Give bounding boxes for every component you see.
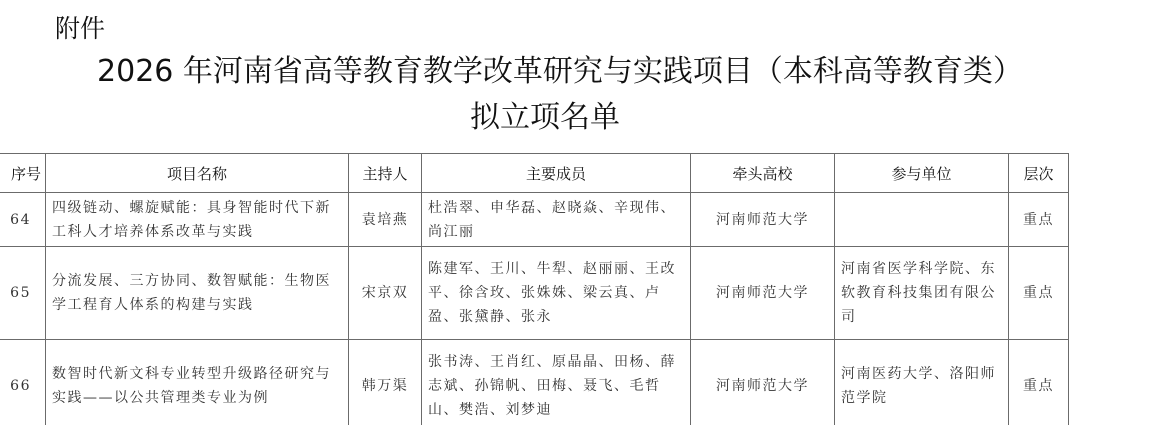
cell-project: 分流发展、三方协同、数智赋能：生物医学工程育人体系的构建与实践 <box>46 247 349 340</box>
cell-lead-university: 河南师范大学 <box>691 247 835 340</box>
header-level: 层次 <box>1009 154 1069 193</box>
header-project: 项目名称 <box>46 154 349 193</box>
header-participants: 参与单位 <box>835 154 1009 193</box>
cell-host: 宋京双 <box>349 247 422 340</box>
project-list-table: 序号 项目名称 主持人 主要成员 牵头高校 参与单位 层次 64 四级链动、螺旋… <box>0 153 1069 425</box>
table-row: 66 数智时代新文科专业转型升级路径研究与实践——以公共管理类专业为例 韩万渠 … <box>0 340 1069 425</box>
cell-level: 重点 <box>1009 193 1069 247</box>
cell-host: 袁培燕 <box>349 193 422 247</box>
cell-no: 66 <box>0 340 46 425</box>
cell-no: 64 <box>0 193 46 247</box>
document-subtitle: 拟立项名单 <box>0 98 1090 138</box>
table-row: 64 四级链动、螺旋赋能：具身智能时代下新工科人才培养体系改革与实践 袁培燕 杜… <box>0 193 1069 247</box>
cell-host: 韩万渠 <box>349 340 422 425</box>
cell-project: 四级链动、螺旋赋能：具身智能时代下新工科人才培养体系改革与实践 <box>46 193 349 247</box>
cell-members: 杜浩翠、申华磊、赵晓焱、辛现伟、尚江丽 <box>422 193 691 247</box>
header-lead-university: 牵头高校 <box>691 154 835 193</box>
header-host: 主持人 <box>349 154 422 193</box>
cell-participants: 河南医药大学、洛阳师范学院 <box>835 340 1009 425</box>
cell-participants <box>835 193 1009 247</box>
cell-no: 65 <box>0 247 46 340</box>
cell-members: 陈建军、王川、牛犁、赵丽丽、王改平、徐含玫、张姝姝、梁云真、卢盈、张黛静、张永 <box>422 247 691 340</box>
attachment-label: 附件 <box>55 12 105 46</box>
cell-lead-university: 河南师范大学 <box>691 193 835 247</box>
table-row: 65 分流发展、三方协同、数智赋能：生物医学工程育人体系的构建与实践 宋京双 陈… <box>0 247 1069 340</box>
header-members: 主要成员 <box>422 154 691 193</box>
cell-level: 重点 <box>1009 247 1069 340</box>
cell-level: 重点 <box>1009 340 1069 425</box>
header-no: 序号 <box>0 154 46 193</box>
cell-members: 张书涛、王肖红、原晶晶、田杨、薛志斌、孙锦帆、田梅、聂飞、毛哲山、樊浩、刘梦迪 <box>422 340 691 425</box>
cell-participants: 河南省医学科学院、东软教育科技集团有限公司 <box>835 247 1009 340</box>
cell-project: 数智时代新文科专业转型升级路径研究与实践——以公共管理类专业为例 <box>46 340 349 425</box>
document-title: 2026 年河南省高等教育教学改革研究与实践项目（本科高等教育类） <box>0 52 1120 92</box>
table-header-row: 序号 项目名称 主持人 主要成员 牵头高校 参与单位 层次 <box>0 154 1069 193</box>
cell-lead-university: 河南师范大学 <box>691 340 835 425</box>
